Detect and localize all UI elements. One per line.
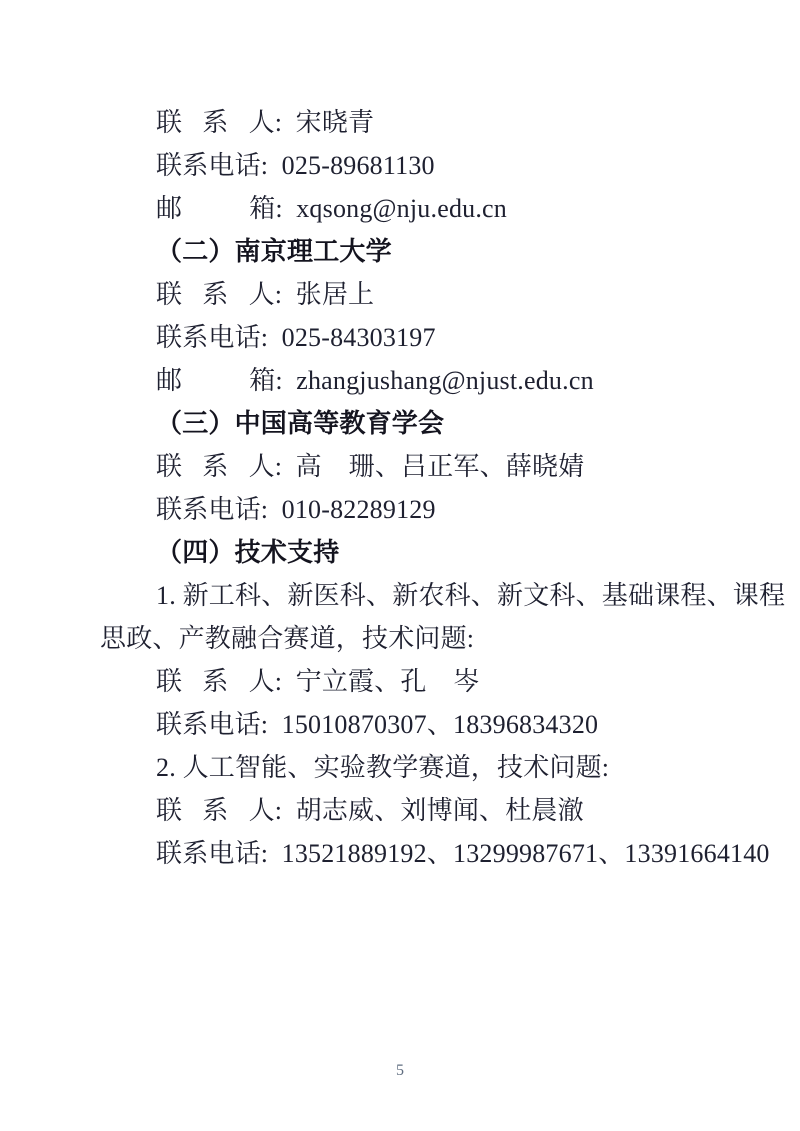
document-line: 联 系 人: 张居上 — [100, 273, 704, 316]
document-line: 2. 人工智能、实验教学赛道，技术问题: — [100, 746, 704, 789]
document-line: （四）技术支持 — [100, 531, 704, 574]
document-body: 联 系 人: 宋晓青联系电话: 025-89681130邮 箱: xqsong@… — [100, 101, 704, 875]
document-line: 1. 新工科、新医科、新农科、新文科、基础课程、课程 — [100, 574, 704, 617]
document-line: 联系电话: 010-82289129 — [100, 488, 704, 531]
document-line: 联 系 人: 宋晓青 — [100, 101, 704, 144]
page-number: 5 — [0, 1060, 800, 1082]
document-line: 联系电话: 025-84303197 — [100, 316, 704, 359]
document-line: （三）中国高等教育学会 — [100, 402, 704, 445]
document-line: 联 系 人: 宁立霞、孔 岑 — [100, 660, 704, 703]
document-line: 联 系 人: 胡志威、刘博闻、杜晨澈 — [100, 789, 704, 832]
document-line: 联系电话: 13521889192、13299987671、1339166414… — [100, 832, 704, 875]
document-page: 联 系 人: 宋晓青联系电话: 025-89681130邮 箱: xqsong@… — [0, 0, 800, 1131]
document-line: 邮 箱: zhangjushang@njust.edu.cn — [100, 359, 704, 402]
document-line: 联系电话: 15010870307、18396834320 — [100, 703, 704, 746]
document-line: 联系电话: 025-89681130 — [100, 144, 704, 187]
document-line: 思政、产教融合赛道，技术问题: — [100, 617, 704, 660]
document-line: 邮 箱: xqsong@nju.edu.cn — [100, 187, 704, 230]
document-line: 联 系 人: 高 珊、吕正军、薛晓婧 — [100, 445, 704, 488]
document-line: （二）南京理工大学 — [100, 230, 704, 273]
